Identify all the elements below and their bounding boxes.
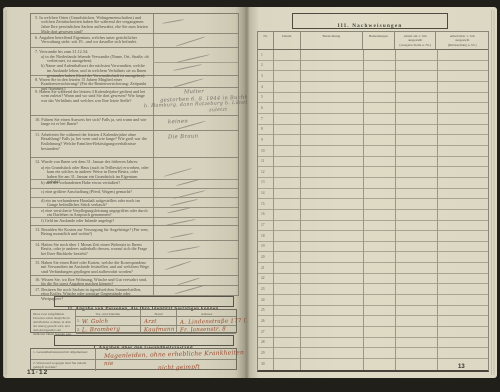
record-row-number: 6 <box>261 106 263 110</box>
question-subitem: c) eine größere Anschaffung (Pferd, Wage… <box>31 189 238 198</box>
table-row: 17 <box>258 221 488 232</box>
record-row-number: 13 <box>261 180 265 184</box>
question-subitem: e) eine versicherte Verpflegungsleistung… <box>31 208 238 218</box>
handwritten-ink-answer: nicht geimpft <box>158 364 200 371</box>
pencil-slash-mark <box>174 285 205 295</box>
answer-zone <box>154 76 247 87</box>
question-row: 13. Bezahlen Sie Kosten zur Versorgung f… <box>31 226 238 241</box>
identity-cell: 2.L. Bromberg <box>76 326 141 334</box>
health-row-label: 1. Gesundheitszustand im allgemeinen: <box>31 349 96 359</box>
answer-zone <box>154 286 247 295</box>
question-subitem: a) in der Niederlande lebende Verwandte … <box>31 54 238 64</box>
pencil-slash-mark <box>162 19 184 24</box>
handwritten-pencil-answer: Mutter <box>184 89 204 96</box>
right-section-title: III. Nachweisungen <box>338 23 403 29</box>
answer-zone <box>154 241 247 258</box>
identity-table-header: Vor- und ZunameStandAdresse <box>76 310 236 317</box>
question-subitem: d) ein im vorhandenen Haushalt aufgestel… <box>31 198 238 208</box>
record-row-number: 4 <box>261 85 263 89</box>
record-row-number: 22 <box>261 276 265 280</box>
record-column-header: erhielt über 1. Juli ausgestellt (Rückst… <box>436 32 488 49</box>
record-row-number: 18 <box>261 234 265 238</box>
record-row-number: 23 <box>261 287 265 291</box>
answer-zone <box>154 14 247 33</box>
answer-zone <box>154 208 247 217</box>
record-row-number: 12 <box>261 170 265 174</box>
health-answer-zone: Magenleiden, ohne erhebliche Krankheiten <box>96 349 236 359</box>
table-row: 30 <box>258 359 488 370</box>
identity-column-header: Adresse <box>177 310 236 316</box>
question-row: 17. Besitzen Sie noch Sachen in irgendwe… <box>31 286 238 296</box>
table-row: 7 <box>258 114 488 125</box>
health-row: 1. Gesundheitszustand im allgemeinen:Mag… <box>31 349 236 360</box>
record-row-number: 14 <box>261 191 265 195</box>
identity-note-column: Diese zwei aufgeführten Personen sollen … <box>31 310 76 332</box>
table-row: 14 <box>258 189 488 200</box>
health-table: 1. Gesundheitszustand im allgemeinen:Mag… <box>30 348 237 370</box>
table-row: 3 <box>258 71 488 82</box>
right-page: III. Nachweisungen Nr.DatumBezeichnungBe… <box>247 7 497 378</box>
table-row: 20 <box>258 252 488 263</box>
question-row: 16. Wissen Sie, wo Ihre Wohnung, Wäsche … <box>31 276 238 286</box>
record-row-number: 3 <box>261 74 263 78</box>
record-row-number: 30 <box>261 362 265 366</box>
question-text: 11. Arbeiteten Sie während der letzten 4… <box>31 131 153 152</box>
table-row: 15 <box>258 199 488 210</box>
record-column-line <box>437 50 438 370</box>
identity-cell: Fr. Jansenstr. 8 <box>177 326 236 334</box>
question-subitem-text: f) Geld im Auslande oder Inlande angeleg… <box>31 218 153 224</box>
pencil-slash-mark <box>177 278 199 286</box>
table-row: 21 <box>258 263 488 274</box>
record-column-line <box>395 50 396 370</box>
answer-zone <box>154 259 247 275</box>
handwritten-ink-answer: nie <box>104 361 114 367</box>
question-row: 10. Führen Sie einen Ausweis bei sich? F… <box>31 116 238 131</box>
table-row: 24 <box>258 295 488 306</box>
pencil-slash-mark <box>165 260 192 270</box>
record-table: Nr.DatumBezeichnungBemerkungenerhielt am… <box>257 31 489 372</box>
identity-cell: 1.W. Golch <box>76 317 141 325</box>
handwritten-ink-entry: L. Bromberg <box>82 327 120 334</box>
pencil-slash-mark <box>163 168 191 177</box>
question-text: 15. Haben Sie einen Brief oder Karten, w… <box>31 259 153 275</box>
identity-table: Diese zwei aufgeführten Personen sollen … <box>30 309 237 333</box>
pencil-slash-mark <box>167 207 190 213</box>
table-row: 1 <box>258 50 488 61</box>
handwritten-ink-entry: Kaufmann <box>144 327 175 334</box>
health-answer-zone: nienicht geimpft <box>96 360 236 371</box>
identity-row-number: 2. <box>77 328 80 332</box>
question-row: 12. Wurde von Ihnen seit dem 31. Januar … <box>31 158 238 226</box>
page-number-right: 13 <box>458 364 465 370</box>
table-row: 12 <box>258 167 488 178</box>
handwritten-ink-entry: Arzt <box>144 318 157 324</box>
identity-row: 1.W. GolchArztA. Lindenstraße 177 I. <box>76 317 236 326</box>
identity-row: 2.L. BrombergKaufmannFr. Jansenstr. 8 <box>76 326 236 335</box>
table-row: 22 <box>258 274 488 285</box>
table-row: 28 <box>258 338 488 349</box>
record-column-header: erhielt am 1. Juli ausgestellt (Ausgabe-… <box>395 32 437 49</box>
questionnaire-table: 5. In welchen Orten (Grundstücken, Wohng… <box>30 13 239 296</box>
record-row-number: 19 <box>261 244 265 248</box>
answer-zone <box>154 54 247 64</box>
record-row-number: 17 <box>261 223 265 227</box>
question-row: 5. In welchen Orten (Grundstücken, Wohng… <box>31 14 238 34</box>
question-subitem: b) von der vorhandenen Habe etwas veräuß… <box>31 180 238 189</box>
question-text: 13. Bezahlen Sie Kosten zur Versorgung f… <box>31 226 153 237</box>
question-row: 11. Arbeiteten Sie während der letzten 4… <box>31 131 238 158</box>
record-row-number: 26 <box>261 319 265 323</box>
question-subitem-text: b) von der vorhandenen Habe etwas veräuß… <box>31 180 153 186</box>
handwritten-ink-entry: A. Lindenstraße 177 I. <box>180 318 247 326</box>
page-number-left: 11·12 <box>27 369 48 376</box>
record-column-header: Bezeichnung <box>301 32 363 49</box>
question-subitem-text: d) ein im vorhandenen Haushalt aufgestel… <box>31 198 153 209</box>
record-column-line <box>363 50 364 370</box>
record-column-line <box>273 50 274 370</box>
record-row-number: 25 <box>261 308 265 312</box>
record-column-line <box>300 50 301 370</box>
question-subitem-text: c) eine größere Anschaffung (Pferd, Wage… <box>31 189 153 195</box>
right-section-header-box: III. Nachweisungen <box>292 13 448 29</box>
left-page: 5. In welchen Orten (Grundstücken, Wohng… <box>3 7 247 378</box>
table-row: 13 <box>258 178 488 189</box>
answer-zone <box>154 198 247 207</box>
table-row: 27 <box>258 327 488 338</box>
identity-cell: A. Lindenstraße 177 I. <box>177 317 236 325</box>
table-row: 11 <box>258 157 488 168</box>
record-table-header: Nr.DatumBezeichnungBemerkungenerhielt am… <box>258 32 488 50</box>
answer-zone <box>154 180 247 188</box>
question-subitem: b) Name und Aufenthaltsort der nächsten … <box>31 63 238 76</box>
question-row: 9. Haben Sie während der letzten 4 Kalen… <box>31 88 238 116</box>
answer-zone <box>154 34 247 47</box>
answer-zone <box>154 189 247 197</box>
pencil-slash-mark <box>176 179 199 186</box>
table-row: 18 <box>258 231 488 242</box>
table-row: 4 <box>258 82 488 93</box>
question-text: 10. Führen Sie einen Ausweis bei sich? F… <box>31 116 153 127</box>
question-row: 15. Haben Sie einen Brief oder Karten, w… <box>31 259 238 276</box>
record-row-number: 27 <box>261 330 265 334</box>
answer-zone <box>154 165 247 179</box>
pencil-slash-mark <box>170 232 194 238</box>
pencil-slash-mark <box>173 64 202 71</box>
question-text: 6. Angaben betreffend Eigentum, welches … <box>31 34 153 45</box>
question-row: 6. Angaben betreffend Eigentum, welches … <box>31 34 238 48</box>
table-row: 5 <box>258 93 488 104</box>
identity-cell: Arzt <box>141 317 178 325</box>
table-row: 10 <box>258 146 488 157</box>
record-column-header: Bemerkungen <box>363 32 395 49</box>
record-row-number: 2 <box>261 63 263 67</box>
record-row-number: 11 <box>261 159 264 163</box>
identity-note-text: Diese zwei aufgeführten Personen sollen … <box>31 310 75 338</box>
question-text: 9. Haben Sie während der letzten 4 Kalen… <box>31 88 153 104</box>
health-row: 2. Wann und wogegen sind Sie zuletzt gei… <box>31 360 236 371</box>
record-row-number: 24 <box>261 298 265 302</box>
answer-zone <box>154 276 247 285</box>
table-row: 26 <box>258 316 488 327</box>
record-row-number: 29 <box>261 351 265 355</box>
identity-column-header: Stand <box>141 310 178 316</box>
pencil-slash-mark <box>170 198 198 205</box>
table-row: 23 <box>258 284 488 295</box>
pencil-slash-mark <box>167 246 200 253</box>
pencil-slash-mark <box>164 218 196 225</box>
identity-section-header-box: II. Angabe von Personen, die Ihre Identi… <box>54 296 234 307</box>
answer-zone: Die Braun <box>154 131 247 157</box>
question-subitem-text: e) eine versicherte Verpflegungsleistung… <box>31 208 153 219</box>
record-row-number: 28 <box>261 340 265 344</box>
record-row-number: 9 <box>261 138 263 142</box>
table-row: 8 <box>258 125 488 136</box>
table-row: 9 <box>258 135 488 146</box>
handwritten-pencil-answer: keinen <box>168 119 188 126</box>
question-text: 14. Hatten Sie noch über 1 Monat Zeit ei… <box>31 241 153 257</box>
answer-zone <box>154 63 247 76</box>
right-page-edge-texture <box>491 10 496 375</box>
pencil-slash-mark <box>176 36 206 47</box>
answer-zone <box>154 218 247 226</box>
answer-zone: Muttergestorben 6. 8. 1944 in Buchholzb.… <box>154 88 247 115</box>
table-row: 29 <box>258 348 488 359</box>
question-row: 14. Hatten Sie noch über 1 Monat Zeit ei… <box>31 241 238 259</box>
table-row: 19 <box>258 242 488 253</box>
record-row-number: 16 <box>261 212 265 216</box>
question-subitem: f) Geld im Auslande oder Inlande angeleg… <box>31 218 238 226</box>
left-page-edge-texture <box>3 10 8 375</box>
table-row: 16 <box>258 210 488 221</box>
handwritten-ink-entry: Fr. Jansenstr. 8 <box>180 326 226 333</box>
open-book: 5. In welchen Orten (Grundstücken, Wohng… <box>3 7 497 378</box>
record-column-header: Nr. <box>258 32 274 49</box>
table-row: 25 <box>258 306 488 317</box>
handwritten-ink-answer: Magenleiden, ohne erhebliche Krankheiten <box>104 349 244 360</box>
question-row: 8. Waren Sie in den letzten 15 Jahren Mi… <box>31 76 238 88</box>
identity-column-header: Vor- und Zuname <box>76 310 141 316</box>
identity-cell: Kaufmann <box>141 326 178 334</box>
identity-row-number: 1. <box>77 319 80 323</box>
scanned-document-photo: 5. In welchen Orten (Grundstücken, Wohng… <box>0 0 500 392</box>
record-row-number: 1 <box>261 53 263 57</box>
question-text: 5. In welchen Orten (Grundstücken, Wohng… <box>31 14 153 35</box>
handwritten-ink-entry: W. Golch <box>82 318 108 325</box>
health-section-header-box: I. Angaben über den Gesundheitszustand. <box>54 335 234 346</box>
record-row-number: 21 <box>261 266 265 270</box>
table-row: 6 <box>258 103 488 114</box>
answer-zone: keinen <box>154 116 247 130</box>
handwritten-pencil-answer: Die Braun <box>168 133 199 140</box>
answer-zone <box>154 226 247 240</box>
record-row-number: 5 <box>261 95 263 99</box>
pencil-slash-mark <box>176 54 209 63</box>
table-row: 2 <box>258 61 488 72</box>
record-column-header: Datum <box>274 32 301 49</box>
question-subitem: a) ein Grundstück oder Haus (auch in Tei… <box>31 165 238 180</box>
record-row-number: 8 <box>261 127 263 131</box>
record-row-number: 20 <box>261 255 265 259</box>
record-row-number: 15 <box>261 202 265 206</box>
record-table-body: 1234567891011121314151617181920212223242… <box>258 50 488 370</box>
question-row: 7. Verwandte bis zum 31.12.34:a) in der … <box>31 48 238 76</box>
record-row-number: 10 <box>261 149 265 153</box>
handwritten-pencil-answer: zuletzt <box>209 108 228 114</box>
record-row-number: 7 <box>261 117 263 121</box>
